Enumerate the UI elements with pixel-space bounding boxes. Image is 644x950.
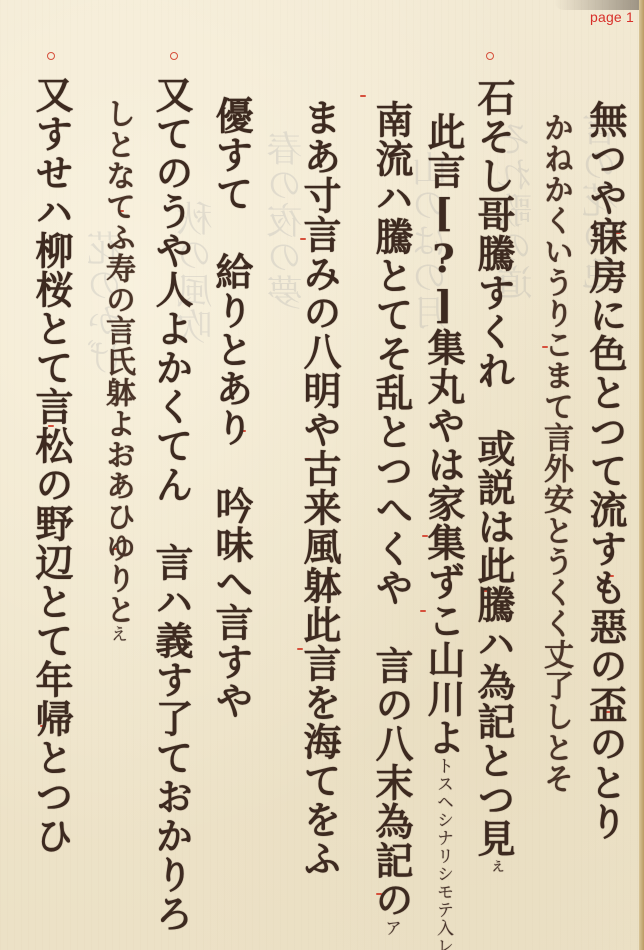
- text-column-2: かねかくいうりこまて言外安とうくく丈了しとそ: [540, 112, 570, 794]
- page-number-label: page 1: [590, 9, 634, 25]
- section-marker-circle: [170, 52, 178, 60]
- text-column-4: 此言[?]集丸やは家集ずこ山川よトスヘシナリシモテ入レ: [424, 112, 462, 950]
- text-column-8: 又てのうや人よかくてん 言ハ義す了ておかりろ: [152, 75, 190, 933]
- column-text: かねかくいうりこまて言外安とうくく丈了しとそ: [538, 112, 573, 794]
- text-column-6: まあ寸言みの八明や古来風躰此言を海てをふ: [300, 98, 338, 878]
- column-text: 優すて 給りとあり 吟味へ言すや: [209, 96, 254, 720]
- section-marker-circle: [47, 52, 55, 60]
- column-text: 又すせハ柳桜とて言松の野辺とて年帰とつひ: [29, 75, 74, 855]
- column-text: 此言[?]集丸やは家集ずこ山川よ: [421, 112, 466, 757]
- column-text: しとなてふ寿の言氏躰よおあひゆりと: [100, 98, 135, 625]
- section-marker-circle: [486, 52, 494, 60]
- text-column-9: しとなてふ寿の言氏躰よおあひゆりとえ: [102, 98, 132, 643]
- column-text: 無つや寐房に色とつて流すも惡の盃のとり: [583, 100, 628, 841]
- red-punctuation-mark: [360, 95, 366, 97]
- text-column-10: 又すせハ柳桜とて言松の野辺とて年帰とつひ: [32, 75, 70, 855]
- manuscript-page: page 1 言の花の色 それ歌の道 山のはの月 春の夜の夢 秋の風吹 花のかげ…: [0, 0, 644, 950]
- text-column-7: 優すて 給りとあり 吟味へ言すや: [212, 96, 250, 720]
- page-binding-edge: [639, 0, 644, 950]
- text-column-1: 無つや寐房に色とつて流すも惡の盃のとり: [586, 100, 624, 841]
- column-text: 南流ハ騰とてそ乱とつへくや 言の八末為記の: [369, 100, 414, 919]
- column-text: まあ寸言みの八明や古来風躰此言を海てをふ: [297, 98, 342, 878]
- column-annotation: ア: [381, 919, 401, 937]
- column-text: 石そし哥騰すくれ 或説は此騰ハ為記とつ見: [471, 78, 516, 858]
- column-text: 又てのうや人よかくてん 言ハ義す了ておかりろ: [149, 75, 194, 933]
- text-column-5: 南流ハ騰とてそ乱とつへくや 言の八末為記のア: [372, 100, 410, 937]
- katakana-annotation: トスヘシナリシモテ入レ: [433, 757, 453, 950]
- column-annotation: ぇ: [483, 858, 503, 876]
- column-annotation: え: [107, 625, 127, 643]
- text-column-3: 石そし哥騰すくれ 或説は此騰ハ為記とつ見ぇ: [474, 78, 512, 876]
